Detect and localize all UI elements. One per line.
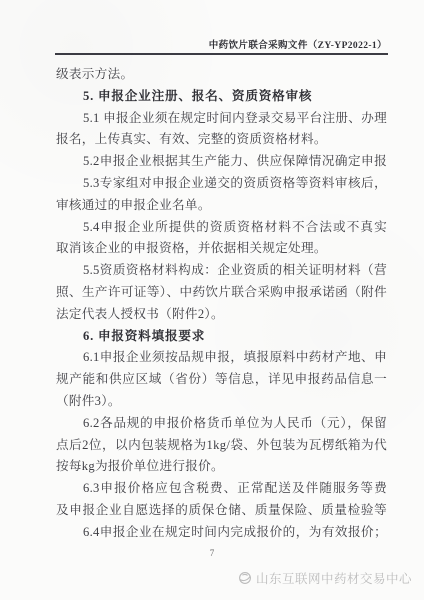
document-body: 级表示方法。5. 申报企业注册、报名、资质资格审核5.1 申报企业须在规定时间内…	[56, 64, 387, 544]
document-line: 5.4申报企业所提供的资质资格材料不合法或不真实的，将	[56, 217, 387, 239]
watermark-text: 山东互联网中药材交易中心	[256, 569, 412, 587]
document-line: 审核通过的申报企业名单。	[56, 195, 387, 217]
swoosh-globe-icon	[238, 571, 252, 585]
document-line: 5.1 申报企业须在规定时间内登录交易平台注册、办理 CA、	[56, 108, 387, 130]
document-line: 6.2各品规的申报价格货币单位为人民币（元），保留小数	[56, 413, 387, 435]
section-heading: 5. 申报企业注册、报名、资质资格审核	[56, 86, 387, 108]
document-line: 级表示方法。	[56, 64, 387, 86]
document-line: 6.4申报企业在规定时间内完成报价的，为有效报价；未在	[56, 522, 387, 544]
document-line: 照、生产许可证等）、中药饮片联合采购申报承诺函（附件1）、	[56, 282, 387, 304]
document-line: （附件3）。	[56, 391, 387, 413]
document-line: 规产能和供应区域（省份）等信息，详见申报药品信息一览表	[56, 369, 387, 391]
document-line: 按每kg为报价单位进行报价。	[56, 456, 387, 478]
document-line: 及申报企业自愿选择的质保仓储、质量保险、质量检验等费用。	[56, 500, 387, 522]
document-line: 报名，上传真实、有效、完整的资质资格材料。	[56, 129, 387, 151]
document-line: 点后2位，以内包装规格为1kg/袋、外包装为瓦楞纸箱为代表品，	[56, 435, 387, 457]
document-line: 6.1申报企业须按品规申报，填报原料中药材产地、申报品	[56, 347, 387, 369]
document-line: 5.5资质资格材料构成：企业资质的相关证明材料（营业执	[56, 260, 387, 282]
document-line: 取消该企业的申报资格，并依据相关规定处理。	[56, 238, 387, 260]
document-page: 中药饮片联合采购文件（ZY-YP2022-1） 级表示方法。5. 申报企业注册、…	[0, 0, 424, 600]
page-header-title: 中药饮片联合采购文件（ZY-YP2022-1）	[56, 37, 387, 51]
section-heading: 6. 申报资料填报要求	[56, 326, 387, 348]
header-rule	[55, 53, 388, 55]
document-line: 6.3申报价格应包含税费、正常配送及伴随服务等费用，以	[56, 478, 387, 500]
document-line: 5.2申报企业根据其生产能力、供应保障情况确定申报品规。	[56, 151, 387, 173]
document-line: 法定代表人授权书（附件2）。	[56, 304, 387, 326]
document-line: 5.3专家组对申报企业递交的资质资格等资料审核后，公示	[56, 173, 387, 195]
watermark: 山东互联网中药材交易中心	[238, 569, 412, 587]
page-number: 7	[0, 548, 424, 558]
